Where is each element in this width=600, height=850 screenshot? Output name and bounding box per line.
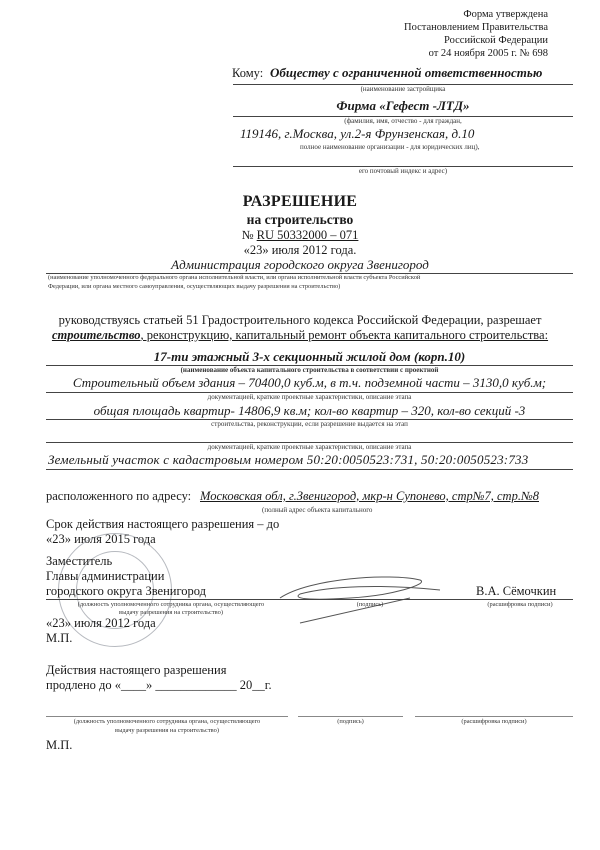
address-hint: (полный адрес объекта капитального (262, 506, 372, 514)
signatory-position-hint-2: выдачу разрешения на строительство) (46, 609, 296, 616)
scope-construction: строительство (52, 328, 141, 342)
permit-number-prefix: № (242, 228, 257, 242)
signatory-position-hint-1: (должность уполномоченного сотрудника ор… (46, 601, 296, 608)
recipient-address: 119146, г.Москва, ул.2-я Фрунзенская, д.… (240, 126, 474, 142)
approval-line-4: от 24 ноября 2005 г. № 698 (404, 47, 548, 60)
recipient-to-label: Кому: (232, 66, 263, 81)
signatory-line-2: Главы администрации (46, 569, 164, 584)
recipient-hint-3: полное наименование организации - для юр… (300, 143, 479, 151)
approval-line-1: Форма утверждена (404, 8, 548, 21)
validity-line-1: Срок действия настоящего разрешения – до (46, 517, 279, 532)
extension-line-1: Действия настоящего разрешения (46, 663, 226, 678)
recipient-to-value: Обществу с ограниченной ответственностью (270, 65, 542, 81)
document-subtitle: на строительство (0, 212, 600, 228)
apartment-area: общая площадь квартир- 14806,9 кв.м; кол… (46, 403, 573, 419)
document-title: РАЗРЕШЕНИЕ (0, 193, 600, 211)
address-value: Московская обл, г.Звенигород, мкр-н Супо… (200, 489, 539, 504)
address-label: расположенного по адресу: (46, 489, 191, 504)
authority-hint-2: Федерации, или органа местного самоуправ… (48, 283, 578, 290)
approval-header: Форма утверждена Постановлением Правител… (404, 8, 548, 60)
permit-date: «23» июля 2012 года. (0, 243, 600, 258)
authority-hint-1: (наименование уполномоченного федерально… (48, 274, 578, 281)
extension-position-hint-2: выдачу разрешения на строительство) (46, 727, 288, 734)
object-hint: (наименование объекта капитального строи… (46, 366, 573, 374)
stage-hint: строительства, реконструкции, если разре… (46, 420, 573, 428)
object-name: 17-ти этажный 3-х секционный жилой дом (… (46, 349, 573, 365)
signatory-line-1: Заместитель (46, 554, 112, 569)
signatory-seal: М.П. (46, 631, 72, 646)
recipient-hint-2: (фамилия, имя, отчество - для граждан, (233, 117, 573, 125)
signatory-date: «23» июля 2012 года (46, 616, 156, 631)
permit-number-value: RU 50332000 – 071 (257, 228, 359, 242)
recipient-hint-1: (наименование застройщика (233, 85, 573, 93)
signatory-line-3: городского округа Звенигород (46, 584, 206, 599)
extension-position-line (46, 716, 288, 717)
land-line (46, 469, 573, 470)
permit-number: № RU 50332000 – 071 (0, 228, 600, 243)
extension-signature-hint: (подпись) (298, 718, 403, 725)
land-plot: Земельный участок с кадастровым номером … (48, 452, 528, 468)
recipient-hint-4: его почтовый индекс и адрес) (233, 167, 573, 175)
signatory-signature-hint: (подпись) (330, 601, 410, 608)
approval-line-3: Российской Федерации (404, 34, 548, 47)
issuing-authority: Администрация городского округа Звенигор… (0, 257, 600, 273)
extension-seal: М.П. (46, 738, 72, 753)
scope-rest: , реконструкцию, капитальный ремонт объе… (141, 328, 549, 342)
extension-decode-hint: (расшифровка подписи) (415, 718, 573, 725)
body-scope: строительство, реконструкцию, капитальны… (0, 328, 600, 343)
recipient-firm: Фирма «Гефест -ЛТД» (233, 98, 573, 114)
doc-hint-1: документацией, краткие проектные характе… (46, 393, 573, 401)
building-volume: Строительный объем здания – 70400,0 куб.… (46, 375, 573, 391)
extension-position-hint-1: (должность уполномоченного сотрудника ор… (46, 718, 288, 725)
extension-line-2: продлено до «____» _____________ 20__г. (46, 678, 272, 693)
extension-signature-line (298, 716, 403, 717)
doc-hint-2: документацией, краткие проектные характе… (46, 443, 573, 451)
signatory-name: В.А. Сёмочкин (476, 584, 556, 599)
body-intro: руководствуясь статьей 51 Градостроитель… (0, 313, 600, 328)
signatory-line (46, 599, 573, 600)
approval-line-2: Постановлением Правительства (404, 21, 548, 34)
extension-decode-line (415, 716, 573, 717)
signatory-decode-hint: (расшифровка подписи) (470, 601, 570, 608)
signature-icon (270, 568, 450, 628)
